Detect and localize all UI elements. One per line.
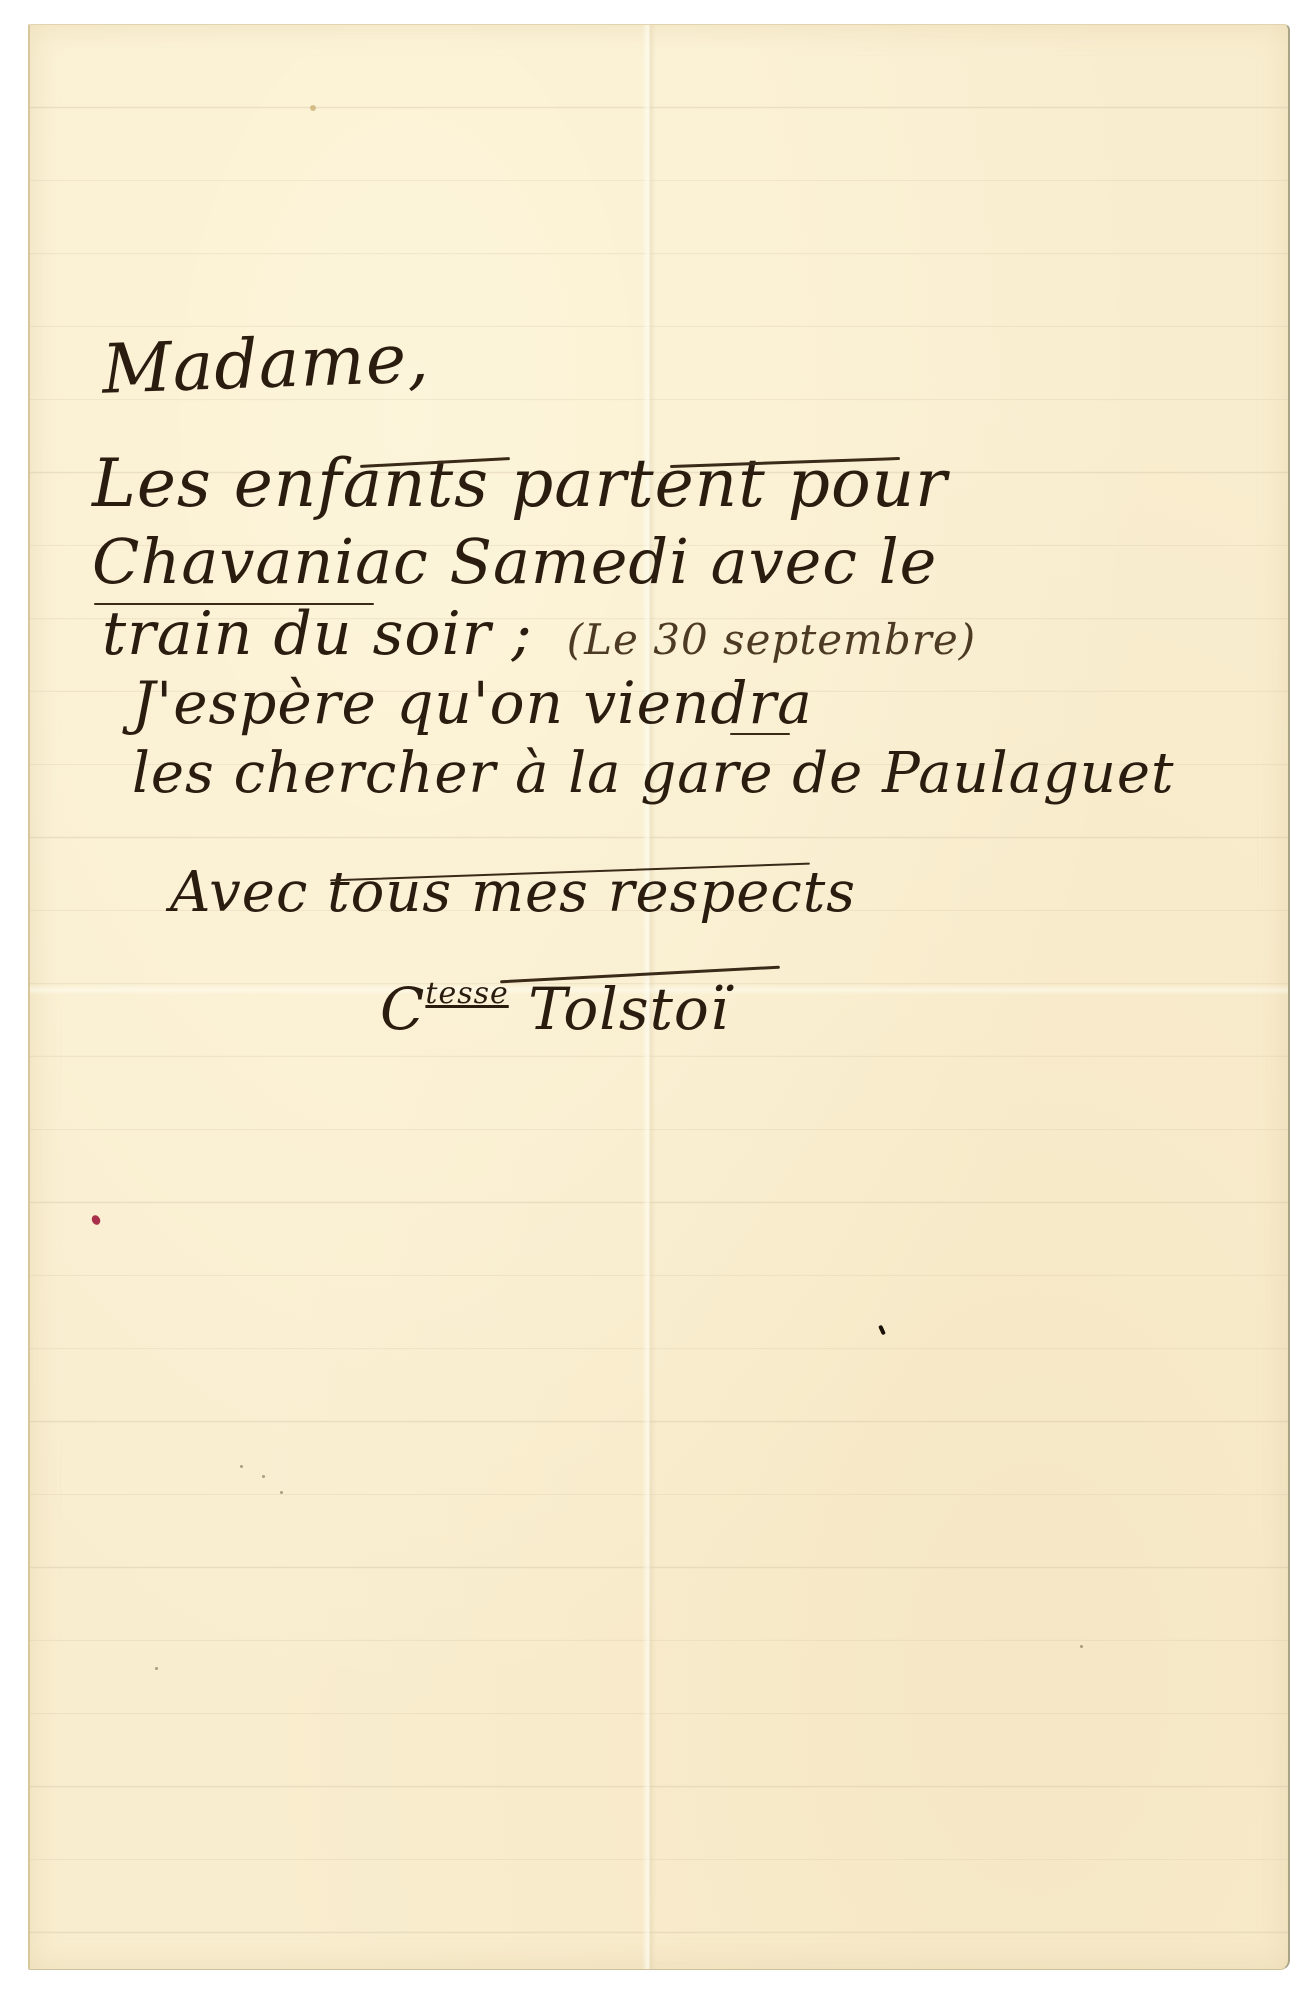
body-line-1: Les enfants partent pour — [92, 445, 948, 522]
salutation: Madame, — [101, 319, 431, 409]
paper-speck — [262, 1475, 265, 1478]
body-line-5: les chercher à la gare de Paulaguet — [132, 741, 1175, 806]
letter-page: Madame, Les enfants partent pour Chavani… — [28, 24, 1290, 1970]
body-line-3: train du soir ; (Le 30 septembre) — [102, 599, 976, 669]
paper-stain — [310, 105, 316, 111]
date-annotation: (Le 30 septembre) — [567, 615, 976, 664]
body-line-2: Chavaniac Samedi avec le — [92, 525, 937, 598]
signature: Ctesse Tolstoï — [380, 975, 729, 1043]
closing: Avec tous mes respects — [170, 860, 856, 925]
paper-speck — [155, 1667, 158, 1670]
body-line-3-text: train du soir ; — [102, 599, 533, 669]
flourish-stroke — [730, 733, 790, 735]
signature-title: C — [380, 975, 425, 1043]
signature-name: Tolstoï — [528, 975, 729, 1043]
body-line-4: J'espère qu'on viendra — [132, 669, 813, 737]
paper-speck — [1080, 1645, 1083, 1648]
paper-speck — [280, 1491, 283, 1494]
signature-title-superscript: tesse — [425, 976, 508, 1011]
paper-speck — [240, 1465, 243, 1468]
